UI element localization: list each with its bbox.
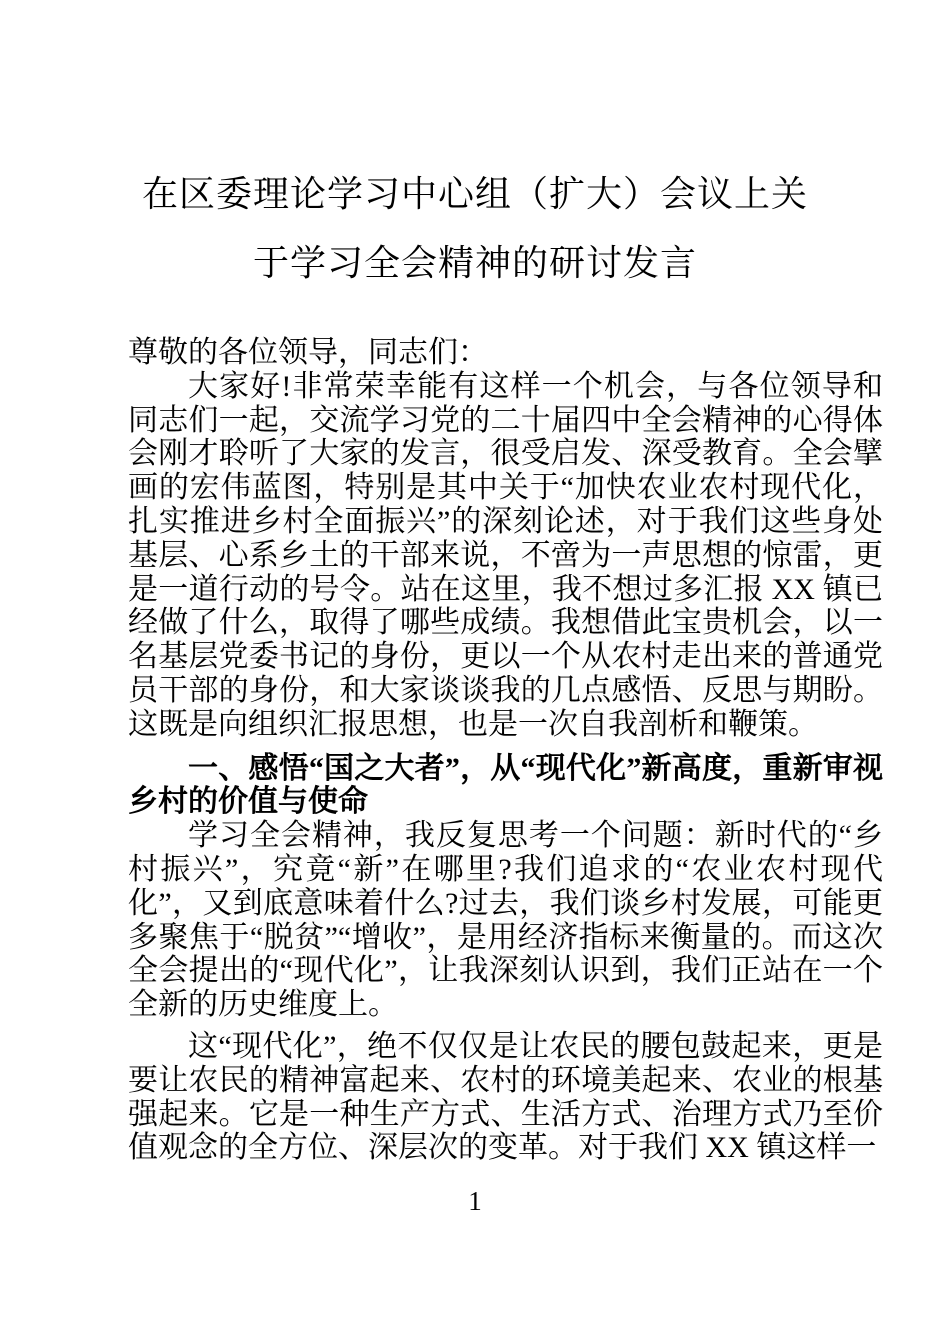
document-title-line-1: 在区委理论学习中心组（扩大）会议上关 [0, 160, 950, 229]
body-paragraph-1: 学习全会精神，我反复思考一个问题：新时代的“乡村振兴”，究竟“新”在哪里?我们追… [128, 819, 883, 1022]
opening-paragraph: 大家好!非常荣幸能有这样一个机会，与各位领导和同志们一起，交流学习党的二十届四中… [128, 370, 883, 742]
document-title-line-2: 于学习全会精神的研讨发言 [0, 229, 950, 298]
document-body: 尊敬的各位领导，同志们： 大家好!非常荣幸能有这样一个机会，与各位领导和同志们一… [128, 336, 883, 1165]
salutation-paragraph: 尊敬的各位领导，同志们： [128, 336, 883, 370]
section-heading-1: 一、感悟“国之大者”，从“现代化”新高度，重新审视乡村的价值与使命 [128, 752, 883, 820]
document-title: 在区委理论学习中心组（扩大）会议上关 于学习全会精神的研讨发言 [0, 160, 950, 298]
page-footer: 1 [0, 1184, 950, 1218]
page-number: 1 [468, 1186, 482, 1216]
body-paragraph-2: 这“现代化”，绝不仅仅是让农民的腰包鼓起来，更是要让农民的精神富起来、农村的环境… [128, 1030, 883, 1165]
document-page: 在区委理论学习中心组（扩大）会议上关 于学习全会精神的研讨发言 尊敬的各位领导，… [0, 0, 950, 1344]
